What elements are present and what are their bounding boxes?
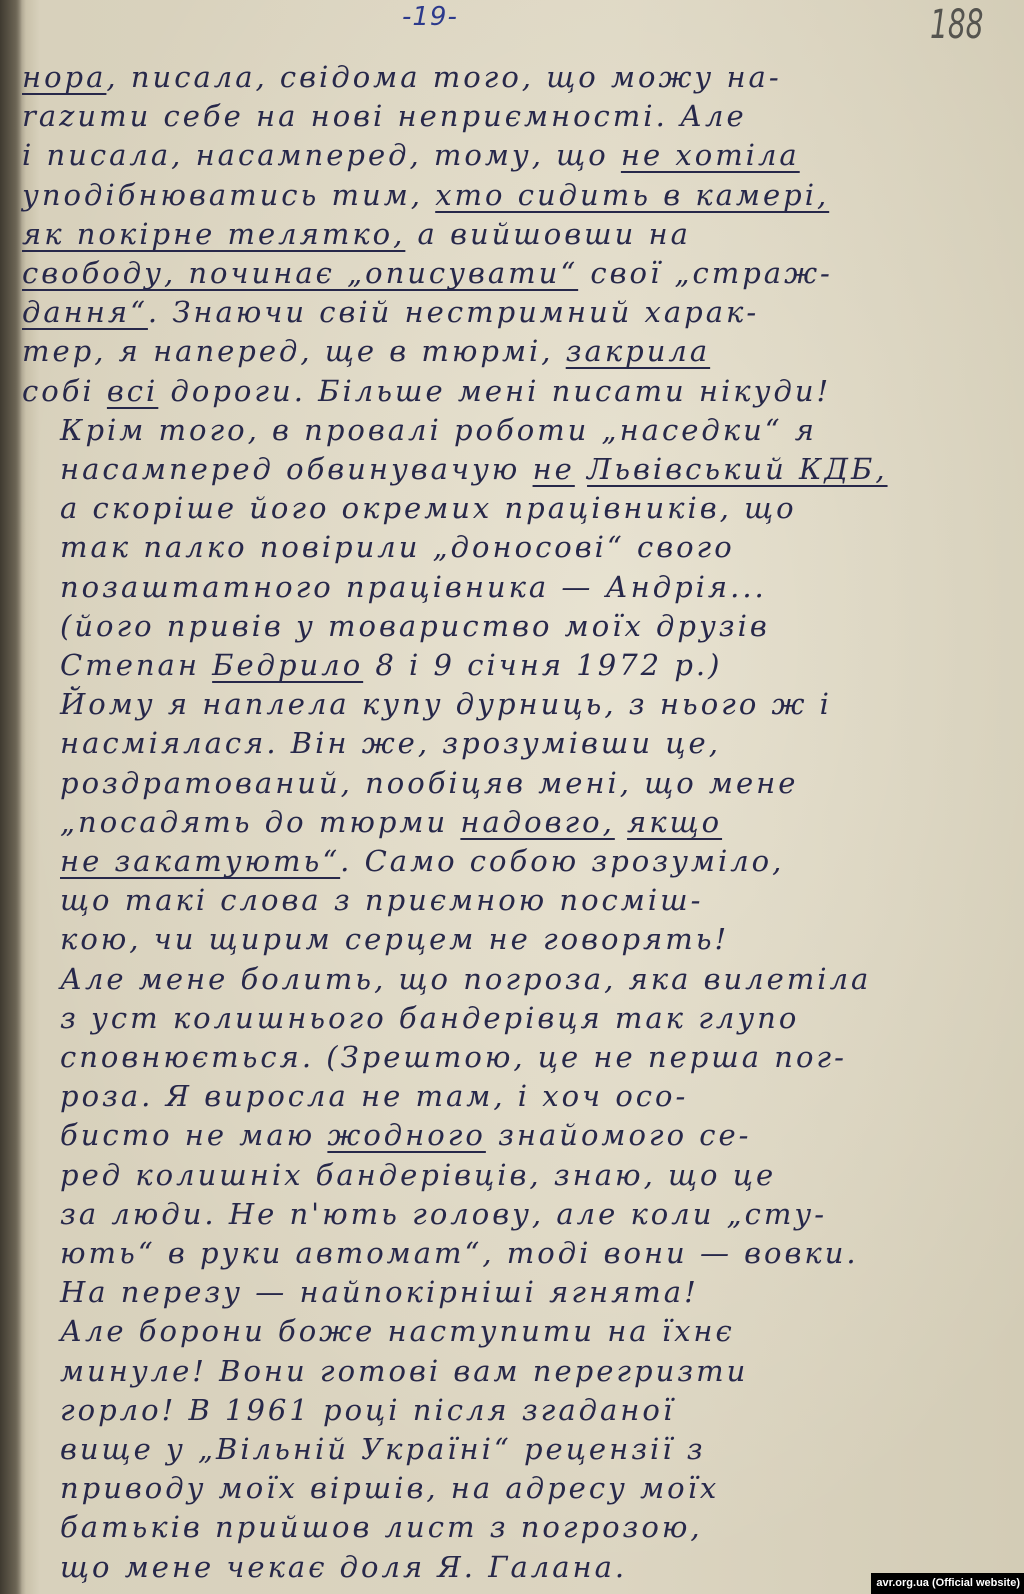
page-number: -19- (402, 2, 458, 32)
handwritten-line: а скоріше його окремих працівників, що (60, 491, 797, 525)
handwritten-line: тер, я наперед, ще в тюрмі, закрила (22, 334, 710, 368)
archive-sheet-number: 188 (930, 2, 983, 48)
handwritten-line: Йому я наплела купу дурниць, з нього ж і (60, 687, 832, 721)
handwritten-line: собі всі дороги. Більше мені писати ніку… (22, 374, 831, 408)
handwritten-line: і писала, насамперед, тому, що не хотіла (22, 138, 800, 172)
handwritten-line: за люди. Не п'ють голову, але коли „сту- (60, 1197, 827, 1231)
handwritten-line: Степан Бедрило 8 і 9 січня 1972 р.) (60, 648, 722, 682)
handwritten-line: Крім того, в провалі роботи „наседки“ я (60, 413, 817, 447)
handwritten-line: горло! В 1961 році після згаданої (60, 1393, 675, 1427)
handwritten-line: Але мене болить, що погроза, яка вилетіл… (60, 962, 871, 996)
handwritten-line: роздратований, пообіцяв мені, що мене (60, 766, 798, 800)
handwritten-line: сповнюється. (Зрештою, це не перша пог- (60, 1040, 847, 1074)
handwritten-line: насамперед обвинувачую не Львівський КДБ… (60, 452, 888, 486)
handwritten-line: позаштатного працівника — Андрія... (60, 570, 767, 604)
handwritten-line: На перезу — найпокірніші ягнята! (60, 1275, 699, 1309)
handwritten-line: з уст колишнього бандерівця так глупо (60, 1001, 799, 1035)
handwritten-line: насміялася. Він же, зрозумівши це, (60, 726, 721, 760)
handwritten-line: (його привів у товариство моїх друзів (60, 609, 770, 643)
handwritten-line: дання“. Знаючи свій нестримний харак- (22, 295, 759, 329)
document-page: -19- 188 нора, писала, свідома того, що … (0, 0, 1024, 1594)
handwritten-line: „посадять до тюрми надовго, якщо (60, 805, 722, 839)
handwritten-line: уподібнюватись тим, хто сидить в камері, (22, 178, 829, 212)
handwritten-line: нора, писала, свідома того, що можу на- (22, 60, 782, 94)
handwritten-line: минуле! Вони готові вам перегризти (60, 1354, 748, 1388)
binding-shadow (0, 0, 22, 1594)
handwritten-line: як покірне телятко, а вийшовши на (22, 217, 691, 251)
handwritten-line: не закатують“. Само собою зрозуміло, (60, 844, 784, 878)
watermark: avr.org.ua (Official website) (871, 1573, 1024, 1594)
handwritten-line: вище у „Вільній Україні“ рецензії з (60, 1432, 706, 1466)
handwritten-line: батьків прийшов лист з погрозою, (60, 1510, 703, 1544)
handwritten-line: що мене чекає доля Я. Галана. (60, 1550, 627, 1584)
handwritten-line: роза. Я виросла не там, і хоч осо- (60, 1079, 688, 1113)
handwritten-line: Але борони боже наступити на їхнє (60, 1314, 735, 1348)
handwritten-line: ред колишніх бандерівців, знаю, що це (60, 1158, 776, 1192)
handwritten-line: ють“ в руки автомат“, тоді вони — вовки. (60, 1236, 859, 1270)
handwritten-line: свободу, починає „описувати“ свої „страж… (22, 256, 833, 290)
handwritten-line: так палко повірили „доносові“ свого (60, 530, 735, 564)
handwritten-line: razити себе на нові неприємності. Але (22, 99, 747, 133)
handwritten-line: кою, чи щирим серцем не говорять! (60, 922, 729, 956)
handwritten-line: приводу моїх віршів, на адресу моїх (60, 1471, 719, 1505)
handwritten-line: що такі слова з приємною посміш- (60, 883, 703, 917)
handwritten-line: бисто не маю жодного знайомого се- (60, 1118, 751, 1152)
